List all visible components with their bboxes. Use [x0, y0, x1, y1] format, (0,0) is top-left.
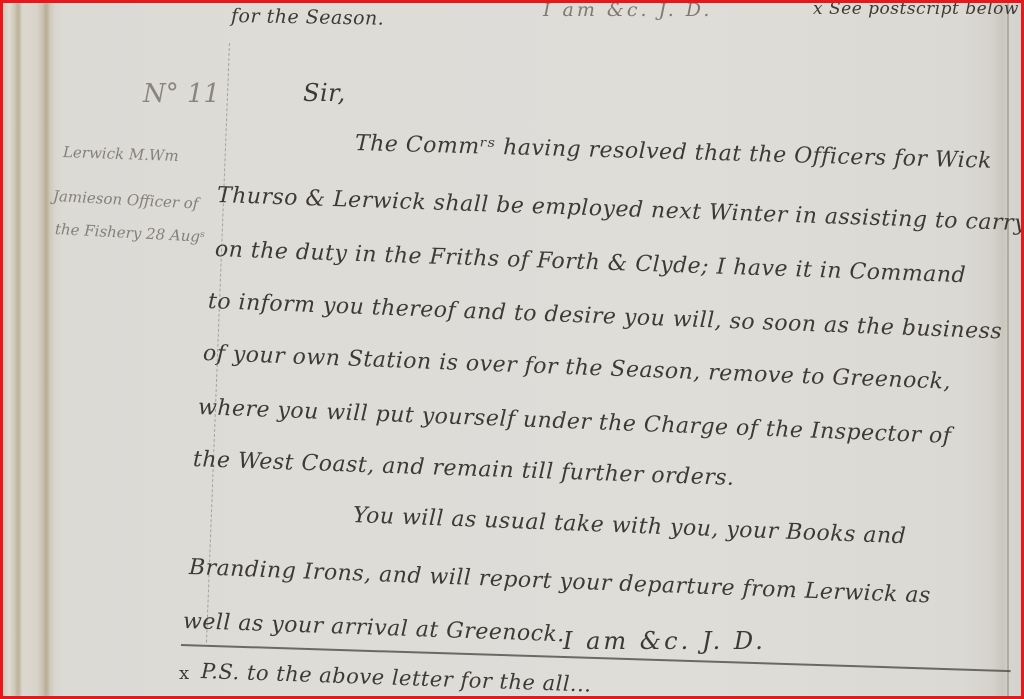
letter-line: You will as usual take with you, your Bo… — [353, 503, 907, 549]
carryover-signoff: I am &c. J. D. — [543, 0, 712, 21]
letter-line: Branding Irons, and will report your dep… — [189, 555, 932, 608]
entry-number: N° 11 — [143, 79, 220, 109]
letter-line: where you will put yourself under the Ch… — [198, 395, 952, 449]
margin-recipient-date: the Fishery 28 Augˢ — [55, 220, 206, 246]
page-gutter-shadow — [17, 3, 20, 696]
margin-recipient-location: Lerwick M.Wm — [63, 143, 179, 165]
letter-line: The Commʳˢ having resolved that the Offi… — [355, 131, 993, 174]
letter-line: to inform you thereof and to desire you … — [208, 289, 1003, 344]
letter-line: well as your arrival at Greenock. — [183, 609, 566, 647]
carryover-postscript-note: x See postscript below — [813, 0, 1019, 19]
letter-line: Thurso & Lerwick shall be employed next … — [217, 183, 1024, 236]
postscript-marker: x — [179, 663, 190, 684]
letter-line: of your own Station is over for the Seas… — [203, 341, 952, 395]
page-edge — [1007, 3, 1009, 696]
letter-line: the West Coast, and remain till further … — [193, 447, 735, 491]
letter-signoff: I am &c. J. D. — [563, 627, 766, 655]
margin-recipient-name: Jamieson Officer of — [53, 187, 199, 213]
page-gutter-shadow — [45, 3, 48, 696]
letter-salutation: Sir, — [303, 79, 346, 107]
letter-line: on the duty in the Friths of Forth & Cly… — [215, 237, 967, 288]
carryover-text: for the Season. — [231, 5, 385, 30]
document-page: for the Season. I am &c. J. D. x See pos… — [0, 0, 1024, 699]
postscript-text: P.S. to the above letter for the all... — [201, 659, 592, 697]
